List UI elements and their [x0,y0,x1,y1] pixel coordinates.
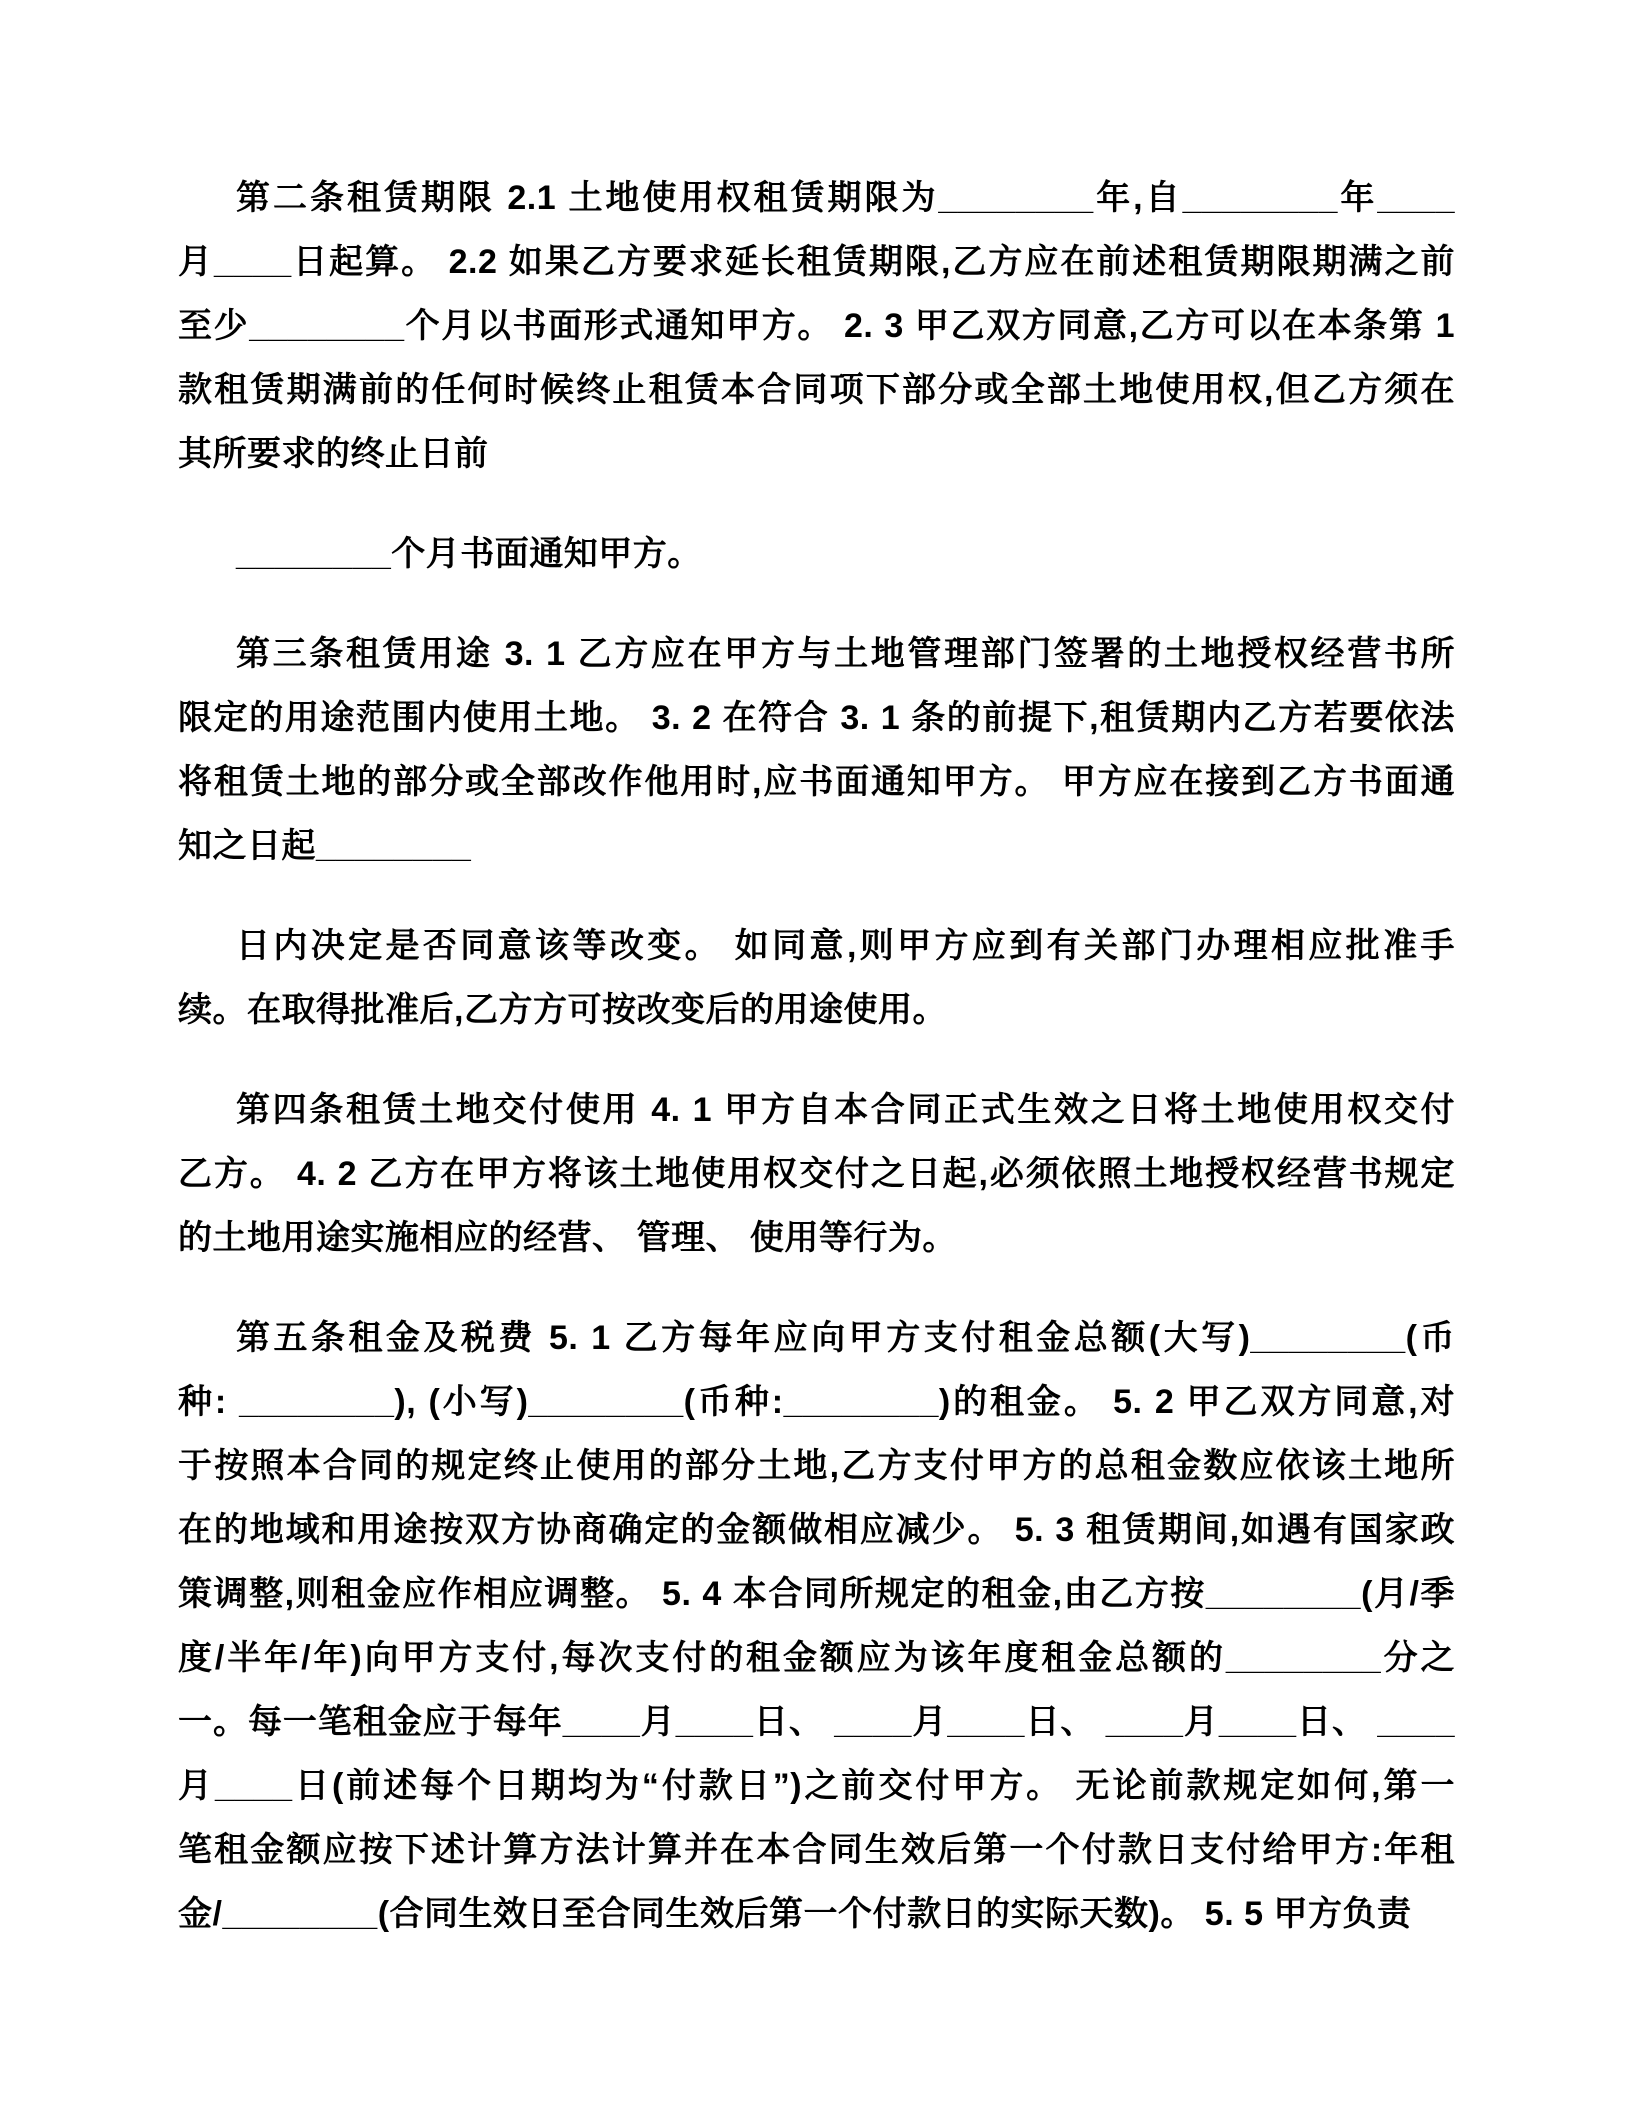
paragraph: 第三条租赁用途 3. 1 乙方应在甲方与土地管理部门签署的土地授权经营书所限定的… [178,622,1455,878]
paragraph: 第五条租金及税费 5. 1 乙方每年应向甲方支付租金总额(大写)________… [178,1306,1455,1946]
text-line: 第五条租金及税费 5. 1 乙方每年应向甲方支付租金总额(大写)________… [178,1306,1455,1370]
text-line: 第四条租赁土地交付使用 4. 1 甲方自本合同正式生效之日将土地使用权交付 [178,1078,1455,1142]
text-line: 日内决定是否同意该等改变。 如同意,则甲方应到有关部门办理相应批准手 [178,914,1455,978]
text-line: 知之日起________ [178,814,1455,878]
text-line: 第二条租赁期限 2.1 土地使用权租赁期限为________年,自_______… [178,166,1455,230]
text-line: 在的地域和用途按双方协商确定的金额做相应减少。 5. 3 租赁期间,如遇有国家政 [178,1498,1455,1562]
text-line: 笔租金额应按下述计算方法计算并在本合同生效后第一个付款日支付给甲方:年租 [178,1818,1455,1882]
text-line: 月____日(前述每个日期均为“付款日”)之前交付甲方。 无论前款规定如何,第一 [178,1754,1455,1818]
contract-document-page: 第二条租赁期限 2.1 土地使用权租赁期限为________年,自_______… [0,0,1632,2112]
text-line: 种: ________), (小写)________(币种:________)的… [178,1370,1455,1434]
text-line: 第三条租赁用途 3. 1 乙方应在甲方与土地管理部门签署的土地授权经营书所 [178,622,1455,686]
text-line: 乙方。 4. 2 乙方在甲方将该土地使用权交付之日起,必须依照土地授权经营书规定 [178,1142,1455,1206]
paragraph: ________个月书面通知甲方。 [178,522,1455,586]
text-line: 将租赁土地的部分或全部改作他用时,应书面通知甲方。 甲方应在接到乙方书面通 [178,750,1455,814]
text-line: 月____日起算。 2.2 如果乙方要求延长租赁期限,乙方应在前述租赁期限期满之… [178,230,1455,294]
paragraph: 第四条租赁土地交付使用 4. 1 甲方自本合同正式生效之日将土地使用权交付乙方。… [178,1078,1455,1270]
text-line: 于按照本合同的规定终止使用的部分土地,乙方支付甲方的总租金数应依该土地所 [178,1434,1455,1498]
text-line: 度/半年/年)向甲方支付,每次支付的租金额应为该年度租金总额的________分… [178,1626,1455,1690]
text-line: 款租赁期满前的任何时候终止租赁本合同项下部分或全部土地使用权,但乙方须在 [178,358,1455,422]
paragraph: 第二条租赁期限 2.1 土地使用权租赁期限为________年,自_______… [178,166,1455,486]
text-line: 的土地用途实施相应的经营、 管理、 使用等行为。 [178,1206,1455,1270]
text-line: 至少________个月以书面形式通知甲方。 2. 3 甲乙双方同意,乙方可以在… [178,294,1455,358]
text-line: 金/________(合同生效日至合同生效后第一个付款日的实际天数)。 5. 5… [178,1882,1455,1946]
text-line: 限定的用途范围内使用土地。 3. 2 在符合 3. 1 条的前提下,租赁期内乙方… [178,686,1455,750]
contract-body: 第二条租赁期限 2.1 土地使用权租赁期限为________年,自_______… [178,166,1455,1946]
text-line: 其所要求的终止日前 [178,422,1455,486]
text-line: ________个月书面通知甲方。 [178,522,1455,586]
paragraph: 日内决定是否同意该等改变。 如同意,则甲方应到有关部门办理相应批准手续。在取得批… [178,914,1455,1042]
text-line: 策调整,则租金应作相应调整。 5. 4 本合同所规定的租金,由乙方按______… [178,1562,1455,1626]
text-line: 一。每一笔租金应于每年____月____日、 ____月____日、 ____月… [178,1690,1455,1754]
text-line: 续。在取得批准后,乙方方可按改变后的用途使用。 [178,978,1455,1042]
